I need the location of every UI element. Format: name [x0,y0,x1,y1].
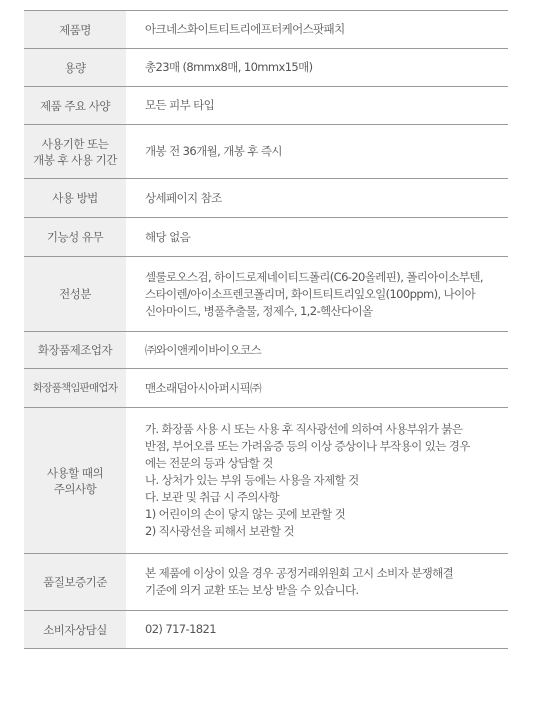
value-line: 나. 상처가 있는 부위 등에는 사용을 자제할 것 [145,472,470,489]
value-line: 스타이렌/아이소프렌코폴리머, 화이트티트리잎오일(100ppm), 나이아 [145,286,483,303]
value-line: 모든 피부 타입 [145,97,214,114]
row-usage: 사용 방법 상세페이지 참조 [24,179,508,218]
row-consumer-center: 소비자상담실 02) 717-1821 [24,611,508,649]
phone-number: 02) 717-1821 [145,621,216,638]
value-line: 총23매 (8mmx8매, 10mmx15매) [145,59,313,76]
label-manufacturer: 화장품제조업자 [24,332,126,368]
value-capacity: 총23매 (8mmx8매, 10mmx15매) [126,49,508,86]
label-product-name: 제품명 [24,11,126,48]
value-functional: 해당 없음 [126,218,508,256]
value-line: 개봉 전 36개월, 개봉 후 즉시 [145,143,282,160]
value-line: 가. 화장품 사용 시 또는 사용 후 직사광선에 의하여 사용부위가 붉은 [145,421,470,438]
label-ingredients: 전성분 [24,257,126,331]
value-line: 해당 없음 [145,229,190,246]
label-functional: 기능성 유무 [24,218,126,256]
value-line: 에는 전문의 등과 상담할 것 [145,455,470,472]
value-line: 셀룰로오스검, 하이드로제네이티드폴리(C6-20올레핀), 폴리아이소부텐, [145,269,483,286]
row-capacity: 용량 총23매 (8mmx8매, 10mmx15매) [24,49,508,87]
value-main-spec: 모든 피부 타입 [126,87,508,124]
product-info-table: 제품명 아크네스화이트티트리에프터케어스팟패치 용량 총23매 (8mmx8매,… [24,10,508,649]
label-precautions: 사용할 때의 주의사항 [24,408,126,553]
row-product-name: 제품명 아크네스화이트티트리에프터케어스팟패치 [24,11,508,49]
value-line: 아크네스화이트티트리에프터케어스팟패치 [145,21,345,38]
value-precautions: 가. 화장품 사용 시 또는 사용 후 직사광선에 의하여 사용부위가 붉은 반… [126,408,508,553]
label-consumer-center: 소비자상담실 [24,611,126,648]
row-main-spec: 제품 주요 사양 모든 피부 타입 [24,87,508,125]
value-line: 2) 직사광선을 피해서 보관할 것 [145,523,470,540]
value-line: 1) 어린이의 손이 닿지 않는 곳에 보관할 것 [145,506,470,523]
value-product-name: 아크네스화이트티트리에프터케어스팟패치 [126,11,508,48]
value-consumer-center-phone: 02) 717-1821 [126,611,508,648]
value-line: 신아마이드, 병풀추출물, 정제수, 1,2-헥산다이올 [145,303,483,320]
label-main-spec: 제품 주요 사양 [24,87,126,124]
label-capacity: 용량 [24,49,126,86]
value-line: ㈜와이앤케이바이오코스 [145,342,261,359]
row-expiry: 사용기한 또는 개봉 후 사용 기간 개봉 전 36개월, 개봉 후 즉시 [24,125,508,179]
label-expiry: 사용기한 또는 개봉 후 사용 기간 [24,125,126,178]
label-usage: 사용 방법 [24,179,126,217]
row-distributor: 화장품책임판매업자 맨소래덤아시아퍼시픽㈜ [24,369,508,408]
row-functional: 기능성 유무 해당 없음 [24,218,508,257]
value-line: 상세페이지 참조 [145,190,222,207]
value-line: 반점, 부어오름 또는 가려움증 등의 이상 증상이나 부작용이 있는 경우 [145,438,470,455]
value-line: 맨소래덤아시아퍼시픽㈜ [145,380,261,397]
row-quality-guarantee: 품질보증기준 본 제품에 이상이 있을 경우 공정거래위원회 고시 소비자 분쟁… [24,554,508,611]
row-precautions: 사용할 때의 주의사항 가. 화장품 사용 시 또는 사용 후 직사광선에 의하… [24,408,508,554]
row-manufacturer: 화장품제조업자 ㈜와이앤케이바이오코스 [24,332,508,369]
label-distributor: 화장품책임판매업자 [24,369,126,407]
value-manufacturer: ㈜와이앤케이바이오코스 [126,332,508,368]
value-line: 본 제품에 이상이 있을 경우 공정거래위원회 고시 소비자 분쟁해결 [145,565,453,582]
value-line: 기준에 의거 교환 또는 보상 받을 수 있습니다. [145,582,453,599]
value-usage: 상세페이지 참조 [126,179,508,217]
value-ingredients: 셀룰로오스검, 하이드로제네이티드폴리(C6-20올레핀), 폴리아이소부텐, … [126,257,508,331]
row-ingredients: 전성분 셀룰로오스검, 하이드로제네이티드폴리(C6-20올레핀), 폴리아이소… [24,257,508,332]
value-line: 다. 보관 및 취급 시 주의사항 [145,489,470,506]
value-expiry: 개봉 전 36개월, 개봉 후 즉시 [126,125,508,178]
label-quality-guarantee: 품질보증기준 [24,554,126,610]
value-quality-guarantee: 본 제품에 이상이 있을 경우 공정거래위원회 고시 소비자 분쟁해결 기준에 … [126,554,508,610]
value-distributor: 맨소래덤아시아퍼시픽㈜ [126,369,508,407]
